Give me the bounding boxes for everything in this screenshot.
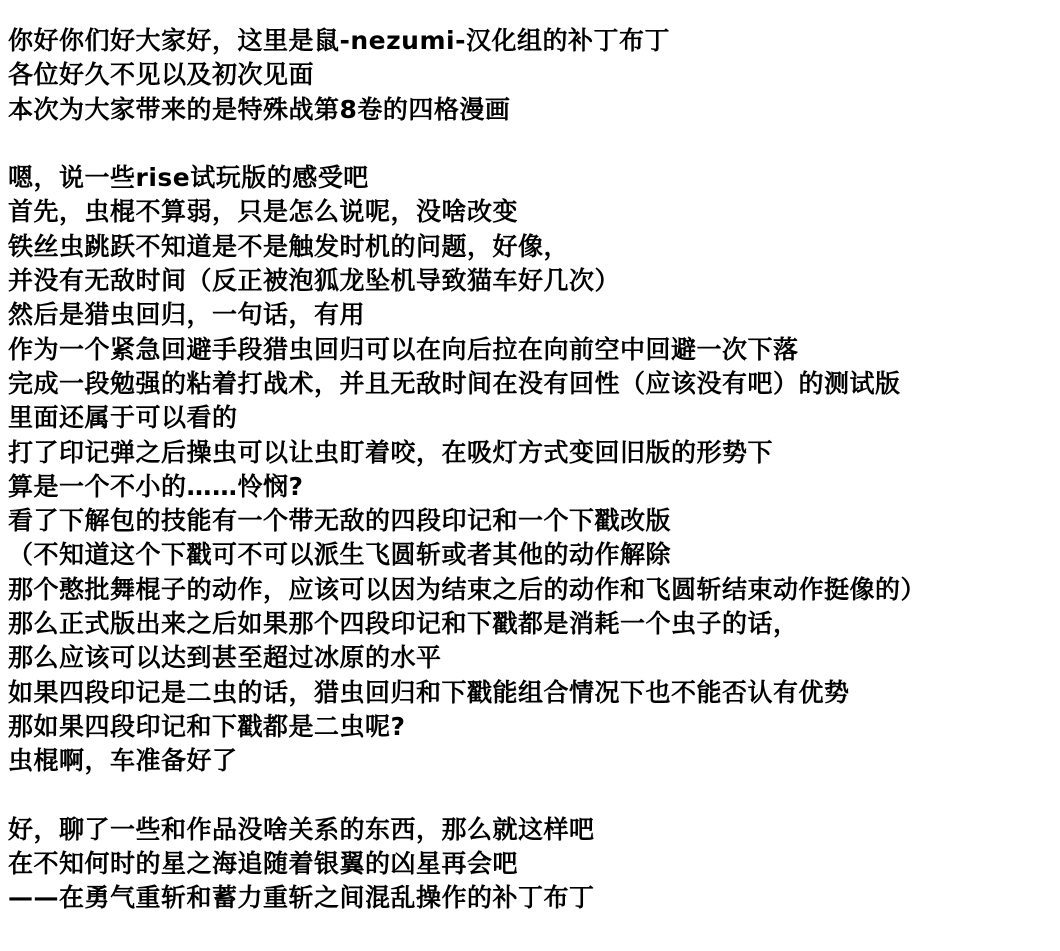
paragraph-signoff: 好，聊了一些和作品没啥关系的东西，那么就这样吧 在不知何时的星之海追随着银翼的凶…	[8, 813, 1058, 916]
paragraph-spacer	[8, 779, 1058, 813]
text-line: 看了下解包的技能有一个带无敌的四段印记和一个下戳改版	[8, 504, 1058, 538]
text-line: 在不知何时的星之海追随着银翼的凶星再会吧	[8, 847, 1058, 881]
text-line: 本次为大家带来的是特殊战第8卷的四格漫画	[8, 93, 1058, 127]
text-line: 如果四段印记是二虫的话，猎虫回归和下戳能组合情况下也不能否认有优势	[8, 676, 1058, 710]
text-line: 嗯，说一些rise试玩版的感受吧	[8, 161, 1058, 195]
text-line: 首先，虫棍不算弱，只是怎么说呢，没啥改变	[8, 195, 1058, 229]
text-line: 里面还属于可以看的	[8, 401, 1058, 435]
text-line: 各位好久不见以及初次见面	[8, 58, 1058, 92]
text-line: 那么应该可以达到甚至超过冰原的水平	[8, 641, 1058, 675]
text-line: 并没有无敌时间（反正被泡狐龙坠机导致猫车好几次）	[8, 264, 1058, 298]
translator-note-document: 你好你们好大家好，这里是鼠-nezumi-汉化组的补丁布丁 各位好久不见以及初次…	[8, 24, 1058, 916]
text-line: 作为一个紧急回避手段猎虫回归可以在向后拉在向前空中回避一次下落	[8, 333, 1058, 367]
paragraph-spacer	[8, 127, 1058, 161]
paragraph-game-impressions: 嗯，说一些rise试玩版的感受吧 首先，虫棍不算弱，只是怎么说呢，没啥改变 铁丝…	[8, 161, 1058, 778]
text-line: 打了印记弹之后操虫可以让虫盯着咬，在吸灯方式变回旧版的形势下	[8, 436, 1058, 470]
paragraph-greeting: 你好你们好大家好，这里是鼠-nezumi-汉化组的补丁布丁 各位好久不见以及初次…	[8, 24, 1058, 127]
text-line: 铁丝虫跳跃不知道是不是触发时机的问题，好像，	[8, 230, 1058, 264]
text-line: 那如果四段印记和下戳都是二虫呢?	[8, 710, 1058, 744]
text-line: 虫棍啊，车准备好了	[8, 744, 1058, 778]
text-line: （不知道这个下戳可不可以派生飞圆斩或者其他的动作解除	[8, 538, 1058, 572]
text-line: 你好你们好大家好，这里是鼠-nezumi-汉化组的补丁布丁	[8, 24, 1058, 58]
signature-line: ——在勇气重斩和蓄力重斩之间混乱操作的补丁布丁	[8, 881, 1058, 915]
text-line: 算是一个不小的……怜悯?	[8, 470, 1058, 504]
text-line: 完成一段勉强的粘着打战术，并且无敌时间在没有回性（应该没有吧）的测试版	[8, 367, 1058, 401]
text-line: 好，聊了一些和作品没啥关系的东西，那么就这样吧	[8, 813, 1058, 847]
text-line: 那个憨批舞棍子的动作，应该可以因为结束之后的动作和飞圆斩结束动作挺像的）	[8, 573, 1058, 607]
text-line: 那么正式版出来之后如果那个四段印记和下戳都是消耗一个虫子的话，	[8, 607, 1058, 641]
text-line: 然后是猎虫回归，一句话，有用	[8, 298, 1058, 332]
